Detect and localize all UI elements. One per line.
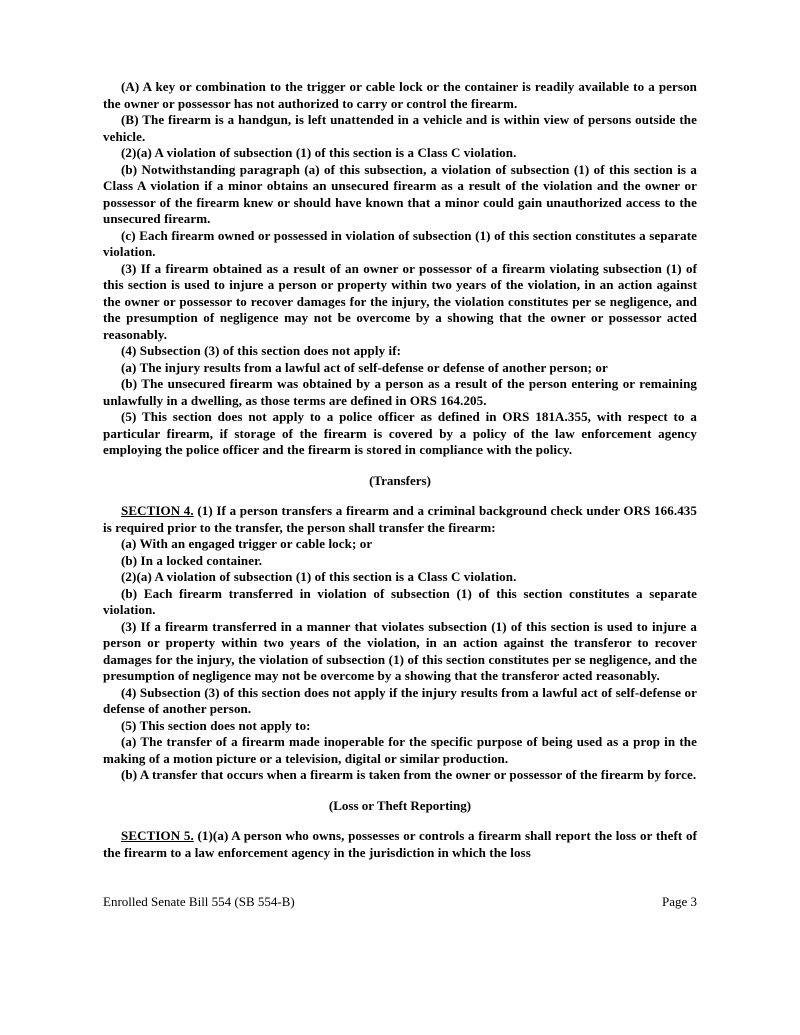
paragraph: (a) The transfer of a firearm made inope… bbox=[103, 734, 697, 767]
paragraph: (5) This section does not apply to a pol… bbox=[103, 409, 697, 459]
center-subheading: (Transfers) bbox=[103, 473, 697, 490]
document-body: (A) A key or combination to the trigger … bbox=[103, 79, 697, 861]
paragraph: (4) Subsection (3) of this section does … bbox=[103, 685, 697, 718]
section-label: SECTION 5. bbox=[121, 828, 194, 843]
paragraph: (A) A key or combination to the trigger … bbox=[103, 79, 697, 112]
paragraph: (b) The unsecured firearm was obtained b… bbox=[103, 376, 697, 409]
paragraph: (a) With an engaged trigger or cable loc… bbox=[103, 536, 697, 553]
paragraph: (b) A transfer that occurs when a firear… bbox=[103, 767, 697, 784]
footer-bill-title: Enrolled Senate Bill 554 (SB 554-B) bbox=[103, 894, 295, 910]
paragraph: (2)(a) A violation of subsection (1) of … bbox=[103, 145, 697, 162]
paragraph: (2)(a) A violation of subsection (1) of … bbox=[103, 569, 697, 586]
footer-page-number: Page 3 bbox=[662, 894, 697, 910]
paragraph: (4) Subsection (3) of this section does … bbox=[103, 343, 697, 360]
page-footer: Enrolled Senate Bill 554 (SB 554-B) Page… bbox=[103, 894, 697, 910]
paragraph: (b) Notwithstanding paragraph (a) of thi… bbox=[103, 162, 697, 228]
bill-page: (A) A key or combination to the trigger … bbox=[0, 0, 800, 1035]
paragraph: (a) The injury results from a lawful act… bbox=[103, 360, 697, 377]
section-paragraph: SECTION 4. (1) If a person transfers a f… bbox=[103, 503, 697, 536]
paragraph: (3) If a firearm obtained as a result of… bbox=[103, 261, 697, 344]
paragraph: (c) Each firearm owned or possessed in v… bbox=[103, 228, 697, 261]
section-paragraph: SECTION 5. (1)(a) A person who owns, pos… bbox=[103, 828, 697, 861]
paragraph: (b) In a locked container. bbox=[103, 553, 697, 570]
paragraph: (b) Each firearm transferred in violatio… bbox=[103, 586, 697, 619]
paragraph: (5) This section does not apply to: bbox=[103, 718, 697, 735]
paragraph: (B) The firearm is a handgun, is left un… bbox=[103, 112, 697, 145]
center-subheading: (Loss or Theft Reporting) bbox=[103, 798, 697, 815]
section-label: SECTION 4. bbox=[121, 503, 194, 518]
paragraph: (3) If a firearm transferred in a manner… bbox=[103, 619, 697, 685]
